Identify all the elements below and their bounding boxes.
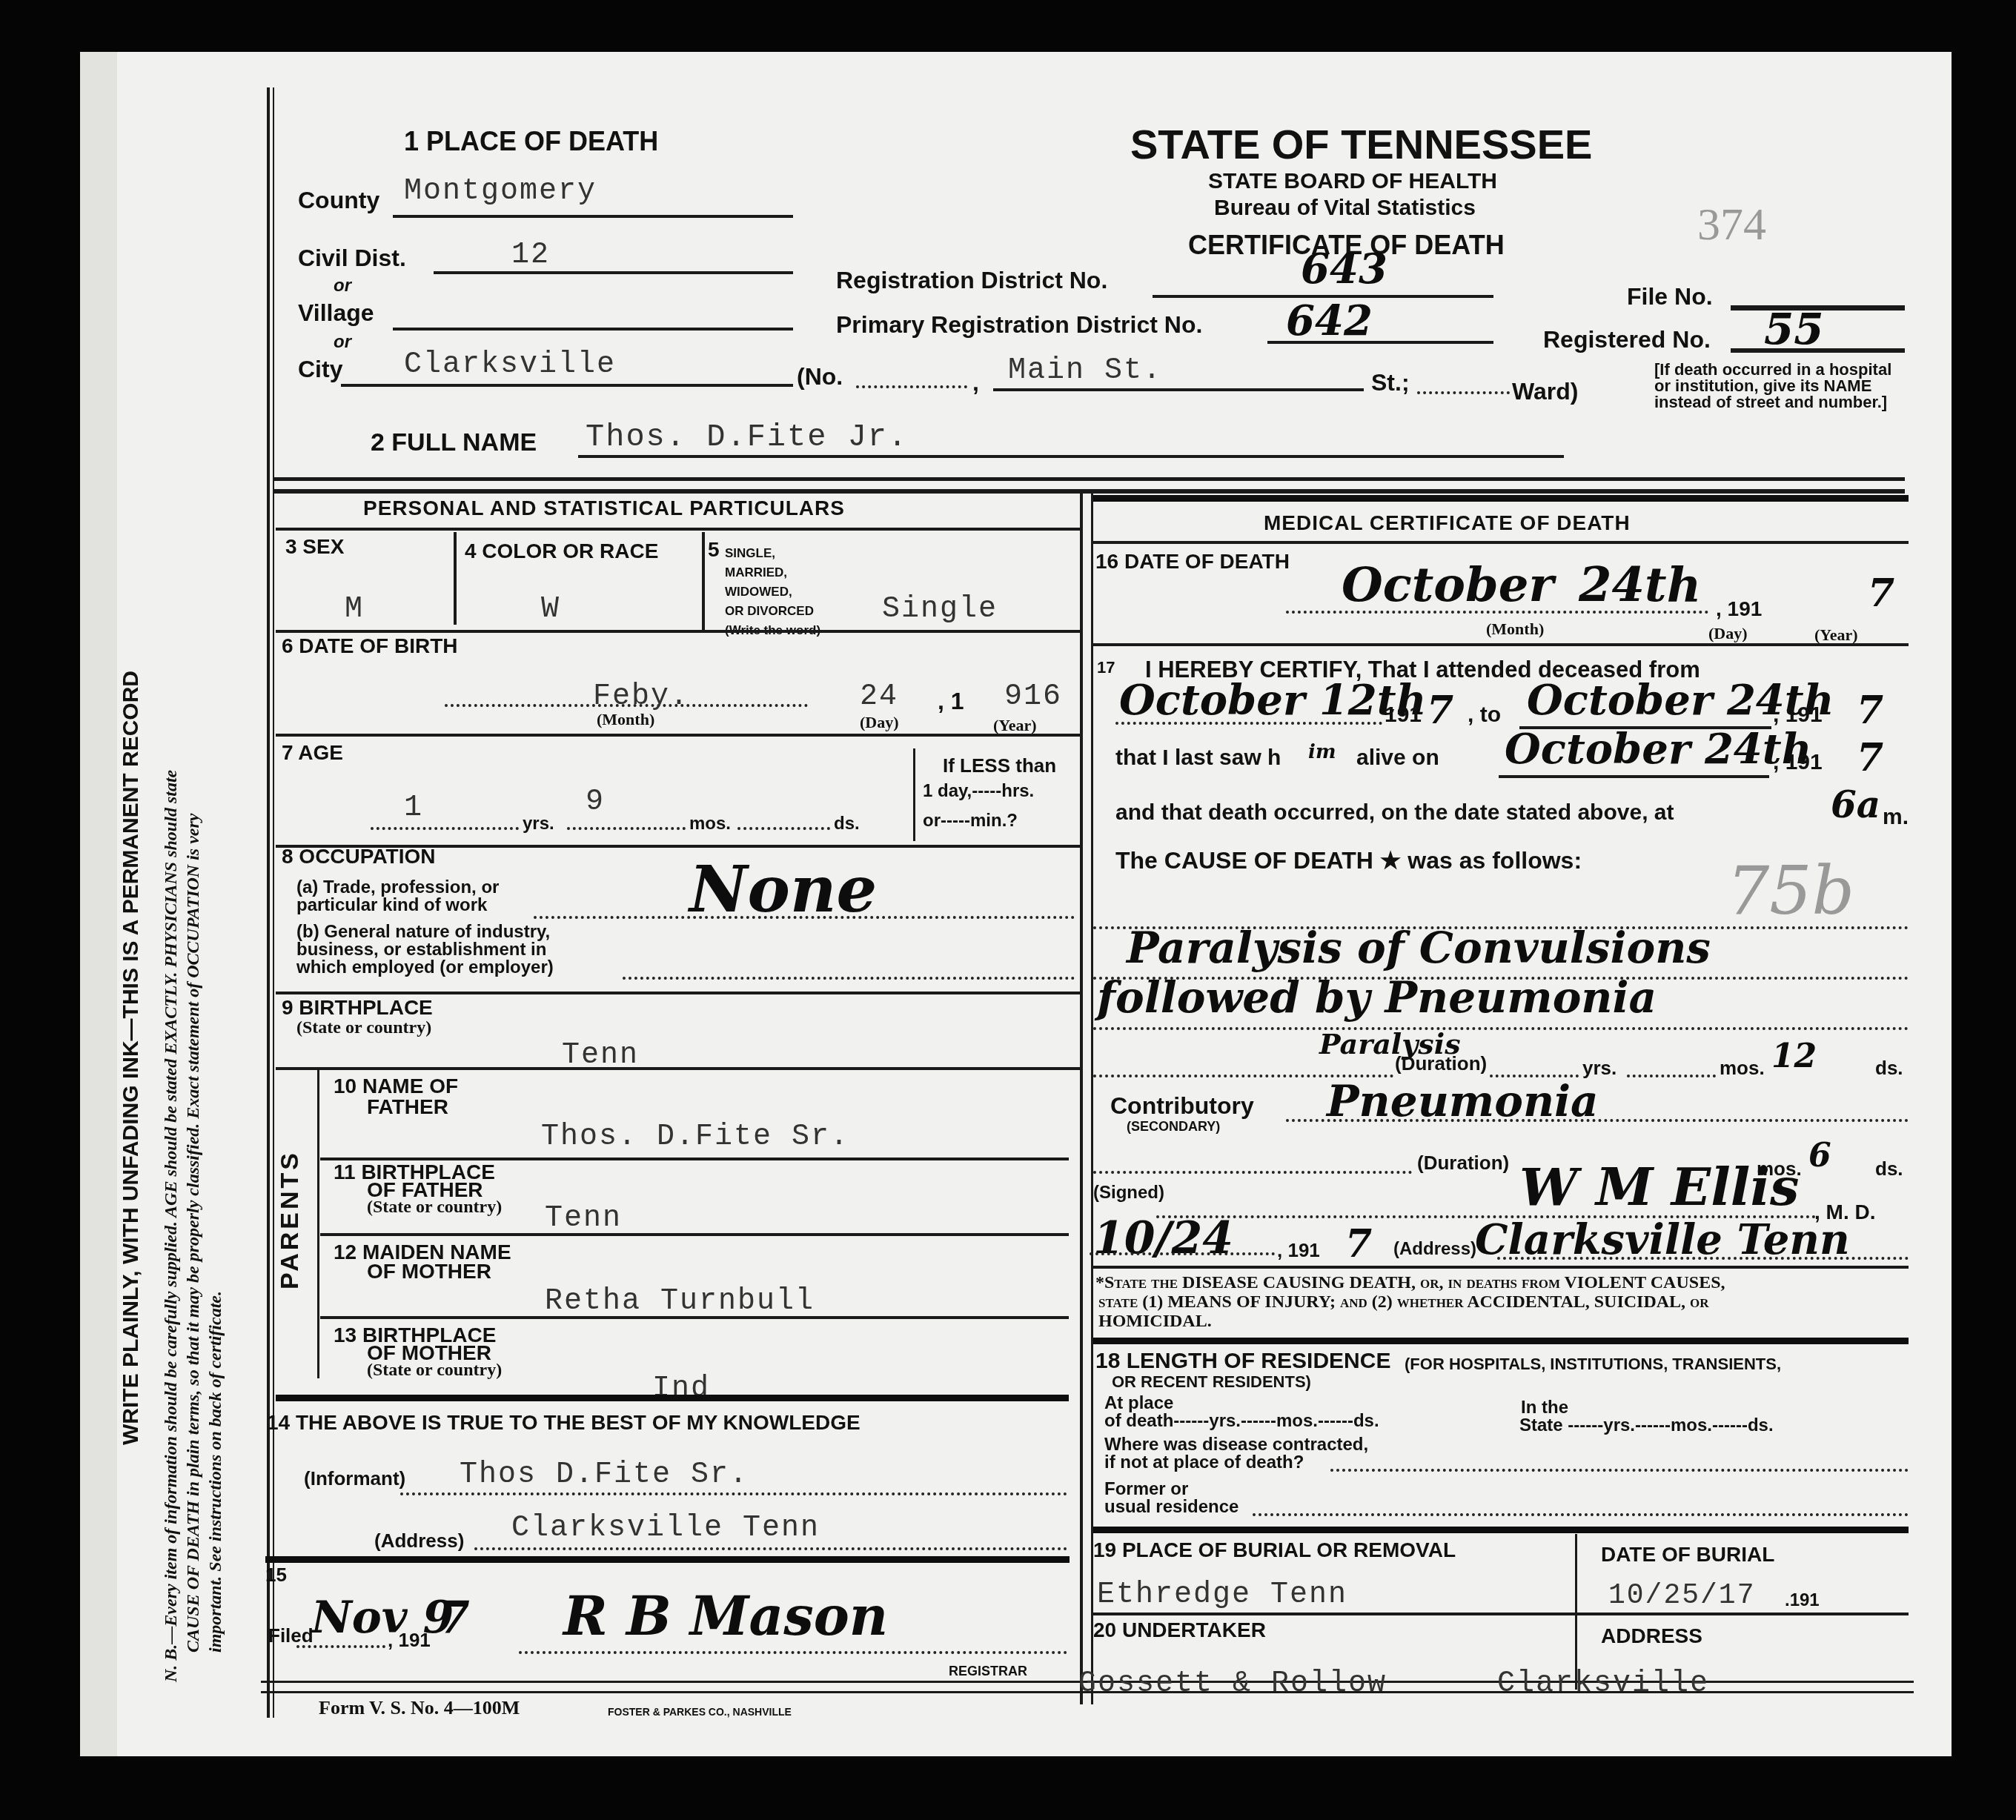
primary-registration-label: Primary Registration District No. (836, 311, 1202, 339)
occupation-b-label-3: which employed (or employer) (296, 957, 554, 978)
less-than-line-1: If LESS than (943, 754, 1056, 777)
mother-name-label-2: OF MOTHER (367, 1260, 491, 1283)
death-time-suffix: m. (1883, 805, 1909, 830)
burial-date-suffix: .191 (1785, 1590, 1820, 1611)
street-no-label: (No. (797, 363, 843, 391)
full-name-value: Thos. D.Fite Jr. (586, 419, 908, 455)
last-saw-pronoun: im (1308, 741, 1336, 763)
footnote-divider (1093, 1266, 1909, 1269)
age-years: 1 (404, 791, 423, 825)
informant-title: 14 THE ABOVE IS TRUE TO THE BEST OF MY K… (267, 1411, 861, 1435)
or-label-2: or (334, 332, 351, 353)
attended-from-underline (1115, 722, 1382, 725)
sex-label: 3 SEX (285, 535, 344, 559)
residence-divider (1093, 1338, 1909, 1344)
attended-from-year: 7 (1427, 688, 1453, 733)
signed-year: 7 (1345, 1221, 1372, 1266)
registration-district-label: Registration District No. (836, 267, 1107, 294)
nb-note-line-2: CAUSE OF DEATH in plain terms, so that i… (184, 814, 204, 1653)
medical-title-divider (1093, 541, 1909, 544)
residence-title-note: (FOR HOSPITALS, INSTITUTIONS, TRANSIENTS… (1405, 1355, 1781, 1374)
dob-month: Feby. (593, 680, 689, 714)
in-state-label-2: State ------yrs.------mos.------ds. (1519, 1415, 1774, 1436)
city-value: Clarksville (404, 348, 616, 382)
duration-label-2: (Duration) (1417, 1152, 1509, 1175)
dob-day-caption: (Day) (860, 713, 899, 732)
age-less-divider (913, 748, 915, 841)
attended-to-year: 7 (1857, 688, 1883, 733)
header-divider-1 (274, 477, 1905, 481)
filed-date-underline (296, 1645, 385, 1648)
informant-address-underline (474, 1547, 1067, 1550)
father-name-label-2: FATHER (367, 1095, 448, 1119)
filed-date: Nov 9 (311, 1592, 454, 1644)
race-value: W (541, 593, 560, 626)
county-value: Montgomery (404, 175, 597, 208)
marital-label-num: 5 (708, 538, 720, 562)
row-divider-dob (276, 630, 1080, 633)
dod-year: 7 (1868, 571, 1894, 616)
dob-year-caption: (Year) (993, 716, 1037, 735)
attended-from-date: October 12th (1119, 676, 1426, 725)
cause-line-2: followed by Pneumonia (1097, 972, 1657, 1023)
informant-address-label: (Address) (374, 1530, 464, 1552)
birthplace-label: 9 BIRTHPLACE (282, 996, 433, 1020)
medical-top-rule (1093, 495, 1909, 502)
last-saw-year-prefix: , 191 (1773, 750, 1823, 775)
comma: , (972, 369, 979, 396)
full-name-underline (578, 455, 1564, 458)
death-time-label: and that death occurred, on the date sta… (1115, 800, 1674, 826)
civil-dist-underline (434, 271, 793, 274)
cause-annotation: 75b (1727, 852, 1854, 930)
certify-number: 17 (1097, 658, 1115, 677)
father-birthplace-value: Tenn (545, 1202, 622, 1235)
dob-label: 6 DATE OF BIRTH (282, 634, 457, 658)
stamp-number: 374 (1697, 199, 1766, 251)
state-title: STATE OF TENNESSEE (1130, 120, 1592, 168)
contributory-duration-days: 6 (1808, 1137, 1831, 1175)
filed-number: 15 (265, 1564, 287, 1587)
burial-divider (1093, 1527, 1909, 1533)
write-plainly-note: WRITE PLAINLY, WITH UNFADING INK—THIS IS… (119, 671, 144, 1445)
last-saw-date: October 24th (1505, 725, 1811, 774)
registrar-label: REGISTRAR (949, 1664, 1027, 1679)
contracted-label-2: if not at place of death? (1104, 1452, 1304, 1473)
city-underline (341, 384, 793, 387)
duration-label-1: (Duration) (1395, 1052, 1487, 1075)
father-birthplace-label-3: (State or country) (367, 1198, 502, 1218)
less-than-line-2: 1 day,-----hrs. (923, 781, 1034, 802)
sex-race-divider (454, 532, 457, 625)
last-saw-label: that I last saw h (1115, 745, 1281, 771)
registered-no-underline (1731, 348, 1905, 353)
personal-section-title: PERSONAL AND STATISTICAL PARTICULARS (363, 496, 845, 520)
registered-no-label: Registered No. (1543, 326, 1711, 353)
contributory-dots (1286, 1119, 1909, 1122)
last-saw-year: 7 (1857, 735, 1883, 780)
father-name-value: Thos. D.Fite Sr. (541, 1120, 849, 1154)
informant-underline (400, 1492, 1067, 1495)
street-underline (993, 388, 1364, 391)
civil-dist-value: 12 (511, 239, 550, 272)
parents-side-label: PARENTS (276, 1150, 305, 1289)
dod-month: October (1342, 557, 1554, 613)
physician-address-label: (Address) (1393, 1239, 1476, 1260)
header-divider-2 (274, 489, 1905, 494)
signed-label: (Signed) (1093, 1183, 1164, 1203)
registrar-underline (519, 1651, 1067, 1654)
signed-date: 10/24 (1093, 1212, 1233, 1264)
cause-duration-days: 12 (1771, 1037, 1817, 1075)
cause-line-1: Paralysis of Convulsions (1127, 923, 1711, 973)
date-of-death-label: 16 DATE OF DEATH (1095, 550, 1290, 574)
form-number: Form V. S. No. 4—100M (319, 1697, 520, 1719)
cause-label: The CAUSE OF DEATH ★ was as follows: (1115, 846, 1582, 874)
sex-value: M (345, 593, 364, 626)
dod-day: 24th (1579, 557, 1701, 613)
former-label-2: usual residence (1104, 1497, 1239, 1518)
duration-ds-2: ds. (1875, 1158, 1903, 1180)
residence-title: 18 LENGTH OF RESIDENCE (1095, 1349, 1390, 1374)
footnote-line-1: *State the DISEASE CAUSING DEATH, or, in… (1095, 1273, 1725, 1293)
race-label: 4 COLOR OR RACE (465, 539, 658, 563)
personal-title-divider (276, 528, 1080, 531)
printer-credit: FOSTER & PARKES CO., NASHVILLE (608, 1706, 792, 1718)
dob-year: 916 (1004, 680, 1062, 714)
mos-label: mos. (689, 814, 731, 834)
frame-left-border-inner (273, 87, 274, 1718)
alive-on-label: alive on (1356, 745, 1439, 771)
parents-divider (317, 1067, 319, 1378)
yrs-label: yrs. (523, 814, 554, 834)
dod-year-caption: (Year) (1814, 625, 1858, 645)
duration-ds-1: ds. (1875, 1057, 1903, 1080)
ds-label: ds. (834, 814, 860, 834)
county-label: County (298, 187, 379, 214)
age-days-underline (737, 827, 830, 830)
secondary-label: (SECONDARY) (1127, 1119, 1220, 1135)
file-no-label: File No. (1627, 283, 1713, 310)
age-months-underline (567, 827, 686, 830)
ward-label: Ward) (1512, 378, 1578, 405)
occupation-label: 8 OCCUPATION (282, 845, 435, 869)
row-divider-age (276, 734, 1080, 737)
informant-divider (276, 1395, 1069, 1401)
burial-place-label: 19 PLACE OF BURIAL OR REMOVAL (1093, 1538, 1456, 1562)
informant-address-value: Clarksville Tenn (511, 1512, 820, 1545)
row-divider-parents (276, 1067, 1080, 1070)
dod-day-caption: (Day) (1708, 624, 1748, 643)
occupation-a-label-2: particular kind of work (296, 895, 487, 916)
duration-mos-dots-1 (1627, 1075, 1716, 1077)
duration-dots-2 (1093, 1171, 1412, 1174)
primary-registration-value: 642 (1286, 296, 1373, 345)
dob-month-caption: (Month) (597, 710, 654, 729)
burial-place-value: Ethredge Tenn (1097, 1578, 1347, 1612)
board-title: STATE BOARD OF HEALTH (1208, 169, 1497, 194)
occupation-b-underline (623, 977, 1075, 980)
race-marital-divider (702, 532, 705, 630)
nb-note-line-3: important. See instructions on back of c… (206, 1291, 226, 1653)
dod-underline (1286, 611, 1708, 614)
at-place-label-2: of death------yrs.------mos.------ds. (1104, 1411, 1379, 1432)
to-label: , to (1468, 703, 1501, 728)
father-birthplace-underline (320, 1233, 1069, 1236)
full-name-label: 2 FULL NAME (371, 428, 537, 457)
last-saw-underline (1499, 775, 1769, 778)
registration-district-value: 643 (1301, 245, 1387, 293)
frame-left-border (267, 87, 270, 1718)
registered-no-value: 55 (1764, 304, 1824, 354)
birthplace-sublabel: (State or country) (296, 1018, 431, 1038)
burial-date-value: 10/25/17 (1608, 1580, 1755, 1612)
undertaker-value: Gossett & Rollow (1078, 1667, 1387, 1701)
mother-birthplace-label-3: (State or country) (367, 1361, 502, 1381)
marital-value: Single (882, 593, 998, 626)
or-label-1: or (334, 276, 351, 296)
footnote-line-3: HOMICIDAL. (1098, 1312, 1212, 1332)
column-divider-inner (1091, 489, 1093, 1704)
dob-day: 24 (860, 680, 898, 714)
certify-divider (1093, 643, 1909, 646)
city-label: City (298, 356, 342, 383)
column-divider (1080, 489, 1083, 1704)
row-divider-birthplace (276, 992, 1080, 994)
place-of-death-title: 1 PLACE OF DEATH (404, 126, 658, 157)
village-underline (393, 328, 793, 331)
filed-year-suffix: 7 (439, 1592, 470, 1644)
death-time-value: 6a (1831, 783, 1880, 826)
st-label: St.; (1371, 369, 1410, 396)
contracted-dots (1330, 1469, 1909, 1472)
nb-note-line-1: N. B.—Every item of information should b… (162, 770, 182, 1682)
physician-address-dots (1497, 1257, 1909, 1260)
hospital-note: [If death occurred in a hospital or inst… (1654, 362, 1906, 411)
village-label: Village (298, 299, 374, 327)
primary-registration-underline (1267, 341, 1493, 344)
burial-column-divider (1575, 1534, 1577, 1690)
medical-section-title: MEDICAL CERTIFICATE OF DEATH (1264, 511, 1631, 535)
undertaker-divider (1093, 1613, 1909, 1615)
filed-divider (265, 1556, 1070, 1563)
registrar-signature: R B Mason (563, 1584, 888, 1647)
undertaker-address-value: Clarksville (1497, 1667, 1709, 1701)
informant-value: Thos D.Fite Sr. (460, 1458, 749, 1492)
signed-date-dots (1090, 1252, 1275, 1255)
county-underline (393, 215, 793, 218)
marital-label: SINGLE, MARRIED, WIDOWED, OR DIVORCED (W… (725, 544, 820, 640)
age-label: 7 AGE (282, 741, 343, 765)
attended-from-year-prefix: 191 (1385, 703, 1422, 728)
attended-to-year-prefix: , 191 (1773, 703, 1823, 728)
mother-name-value: Retha Turnbull (545, 1285, 815, 1318)
age-years-underline (371, 827, 519, 830)
mother-name-underline (320, 1316, 1069, 1319)
former-dots (1253, 1513, 1909, 1516)
paper-edge-shade (80, 52, 117, 1756)
civil-dist-label: Civil Dist. (298, 245, 406, 272)
street-value: Main St. (1008, 354, 1162, 388)
duration-mos-1: mos. (1720, 1057, 1765, 1080)
dod-month-caption: (Month) (1486, 620, 1544, 639)
contributory-label: Contributory (1110, 1092, 1254, 1120)
undertaker-address-label: ADDRESS (1601, 1624, 1702, 1648)
footnote-line-2: state (1) MEANS OF INJURY; and (2) wheth… (1098, 1292, 1709, 1312)
physician-signature: W M Ellis (1519, 1156, 1799, 1218)
informant-label: (Informant) (304, 1467, 405, 1490)
burial-date-label: DATE OF BURIAL (1601, 1543, 1774, 1567)
filed-label: Filed (268, 1624, 314, 1647)
dod-year-prefix: , 191 (1716, 597, 1762, 621)
undertaker-label: 20 UNDERTAKER (1093, 1618, 1266, 1642)
age-months: 9 (586, 786, 605, 819)
bureau-title: Bureau of Vital Statistics (1214, 196, 1476, 221)
occupation-a-underline (534, 916, 1075, 919)
residence-title-note-2: OR RECENT RESIDENTS) (1112, 1372, 1311, 1392)
signed-year-prefix: , 191 (1277, 1239, 1320, 1262)
less-than-line-3: or-----min.? (923, 811, 1018, 831)
dob-year-prefix: , 1 (938, 688, 964, 715)
ward-underline (1417, 391, 1510, 394)
filed-year-prefix: , 191 (388, 1629, 431, 1652)
cause-line-3-dots (1093, 1027, 1909, 1030)
street-no-underline (856, 385, 967, 388)
